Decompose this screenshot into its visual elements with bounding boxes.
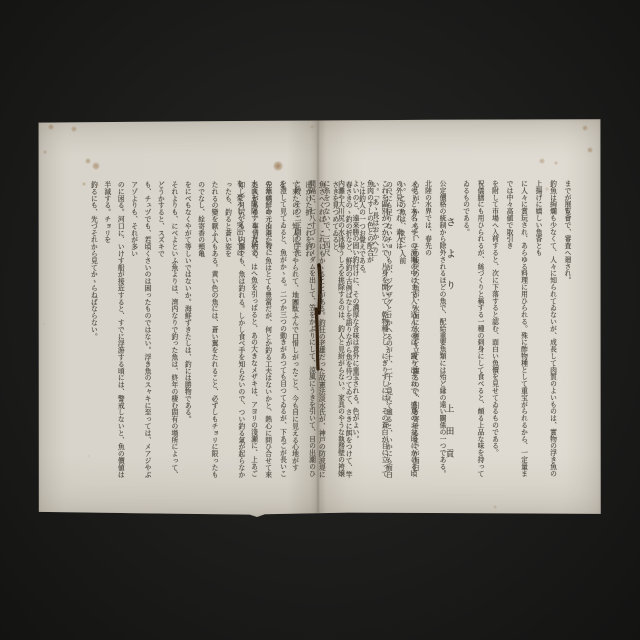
document-spread: までが展覧會で、審査へ廻され。釣魚は絢爛も少なくて、人々に知られてゐないが、成長… — [38, 119, 601, 517]
foxing-stain — [539, 158, 544, 163]
text-column: 春さきのゝ釣の折など、鮮釣の古例ばなしを語りながら魚を待つてゐて、さきに餌をつけ… — [327, 181, 354, 479]
text-column: たれるの變を厭ふ人もある。黄い色の魚には、蒼い翼をたれること、必ずしもチョリに限… — [193, 181, 220, 479]
foxing-stain — [43, 323, 46, 326]
foxing-stain — [582, 125, 588, 131]
text-column: 如し。月尻でも、内灘でも、魚は釣れる。しかし食べ手を知らないので、つい釣る氣が起… — [220, 181, 247, 479]
text-column: までが展覧會で、審査へ廻され。 — [560, 180, 575, 480]
author-name: 上田貢 — [439, 404, 459, 472]
text-column: 先年朝鮮の元山港から、魚はとても豊富だが、何とか釣る工夫はないかと、熱心に問ひ合… — [247, 181, 274, 479]
text-column: 釣魚は絢爛も少なくて、人々に知られてゐないが、成長して肉質のよいものは、實物の浮… — [531, 180, 560, 480]
text-column: の尺にも足りないチョリもが、ジグザグとロかへるのが十、二十と見えて廻ると、いかに… — [368, 181, 395, 479]
left-page-text: ゐるが、かゝると、その魬尺の大魚が、水面に水煙を立てて躍るので、引き寄せるまでが… — [86, 181, 421, 481]
foxing-stain — [71, 126, 76, 131]
text-column: て來たのに、知人にしてやられて、地團駄ふんで口惜しがったこと、今も目に見える心地… — [274, 181, 301, 479]
document-title: さより — [439, 217, 459, 312]
text-column: に人々に賞玩され、あらゆる料理に用ひられる。殊に酢物種として重宝がられるから、一… — [502, 180, 531, 480]
foxing-stain — [43, 150, 46, 153]
foxing-stain — [273, 161, 283, 171]
text-column: をにべもなくやがて等しいではないか。海鮮ずきたしは、釣には勝物である。 — [180, 181, 193, 479]
text-column: それよりも、にべよといふ魚よりは、湾内なりで釣った魚は、終年の棲む固有の場所によ… — [153, 181, 180, 479]
text-column: とは釣人の一つお覺えである。 — [354, 181, 367, 479]
text-column: 釣るにも、先づそれから見てかゝらねばならない。 — [86, 181, 99, 479]
foxing-stain — [92, 162, 100, 170]
text-column: も、チュヅでも、若頃くさいのは困ったものではない。浮き魚のスャキに至っては、メア… — [126, 181, 153, 479]
text-column: ゐるが、かゝると、その魬尺の大魚が、水面に水煙を立てて躍るので、引き寄せるまでが… — [394, 181, 421, 479]
text-column: を附して市場へ入荷すると、次に下落すると認む、面白い魚價を見せてゐるものである。 — [487, 180, 502, 480]
foxing-stain — [48, 124, 54, 130]
photo-background: までが展覧會で、審査へ廻され。釣魚は絢爛も少なくて、人々に知られてゐないが、成長… — [0, 0, 640, 640]
foxing-stain — [85, 158, 91, 164]
foxing-stain — [493, 505, 496, 508]
text-column: 魚さへくれば、これにもかゝることがある。釣狂の老雄だった故憲法淡水氏が、神戸の防… — [301, 181, 328, 479]
foxing-stain — [587, 147, 594, 154]
foxing-stain — [310, 125, 314, 129]
text-column: のに困る。河口に、いけす船が接近すると、すでに浮游する頃には、警戒しないと、魚の… — [99, 181, 126, 479]
text-column: 祝儀膳にも用ひられるが、絲づくりと稱する一種の刺身にして食べると、頗る上品な味を… — [458, 180, 487, 480]
foxing-stain — [554, 161, 558, 165]
